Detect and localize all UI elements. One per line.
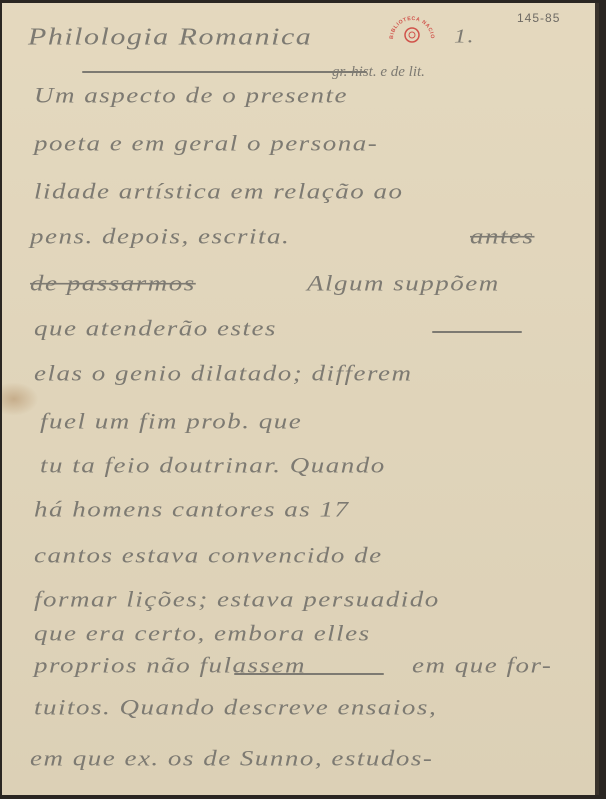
manuscript-line: formar lições; estava persuadido (34, 587, 440, 612)
title-underline (82, 71, 367, 73)
document-title: Philologia Romanica (28, 23, 312, 51)
manuscript-line: tuitos. Quando descreve ensaios, (34, 695, 437, 720)
manuscript-line: lidade artística em relação ao (34, 179, 403, 204)
manuscript-line: pens. depois, escrita. (30, 224, 290, 249)
library-stamp-icon: BIBLIOTECA NACIONAL (387, 9, 437, 45)
manuscript-line: cantos estava convencido de (34, 543, 383, 568)
page-number: 1. (454, 26, 475, 48)
strike-line (432, 331, 522, 333)
archive-number: 145-85 (517, 11, 560, 25)
manuscript-page: 145-85 BIBLIOTECA NACIONAL Philologia Ro… (2, 3, 599, 795)
manuscript-line: elas o genio dilatado; differem (34, 361, 412, 386)
word-underline (234, 673, 384, 675)
manuscript-line: há homens cantores as 17 (34, 497, 349, 522)
manuscript-line: em que for- (412, 653, 552, 678)
svg-text:BIBLIOTECA NACIONAL: BIBLIOTECA NACIONAL (387, 9, 435, 39)
manuscript-line: Um aspecto de o presente (34, 83, 348, 108)
interlinear-insertion: gr. hist. e de lit. (332, 64, 425, 81)
manuscript-line: em que ex. os de Sunno, estudos- (30, 746, 433, 771)
manuscript-line: que atenderão estes (34, 316, 277, 341)
manuscript-line: fuel um fim prob. que (40, 409, 302, 434)
manuscript-line: poeta e em geral o persona- (34, 131, 378, 156)
struck-word: antes (470, 224, 535, 249)
manuscript-line: que era certo, embora elles (34, 621, 371, 646)
manuscript-line: tu ta feio doutrinar. Quando (40, 453, 386, 478)
struck-phrase: de passarmos (30, 271, 196, 296)
manuscript-line: Algum suppõem (307, 271, 500, 296)
